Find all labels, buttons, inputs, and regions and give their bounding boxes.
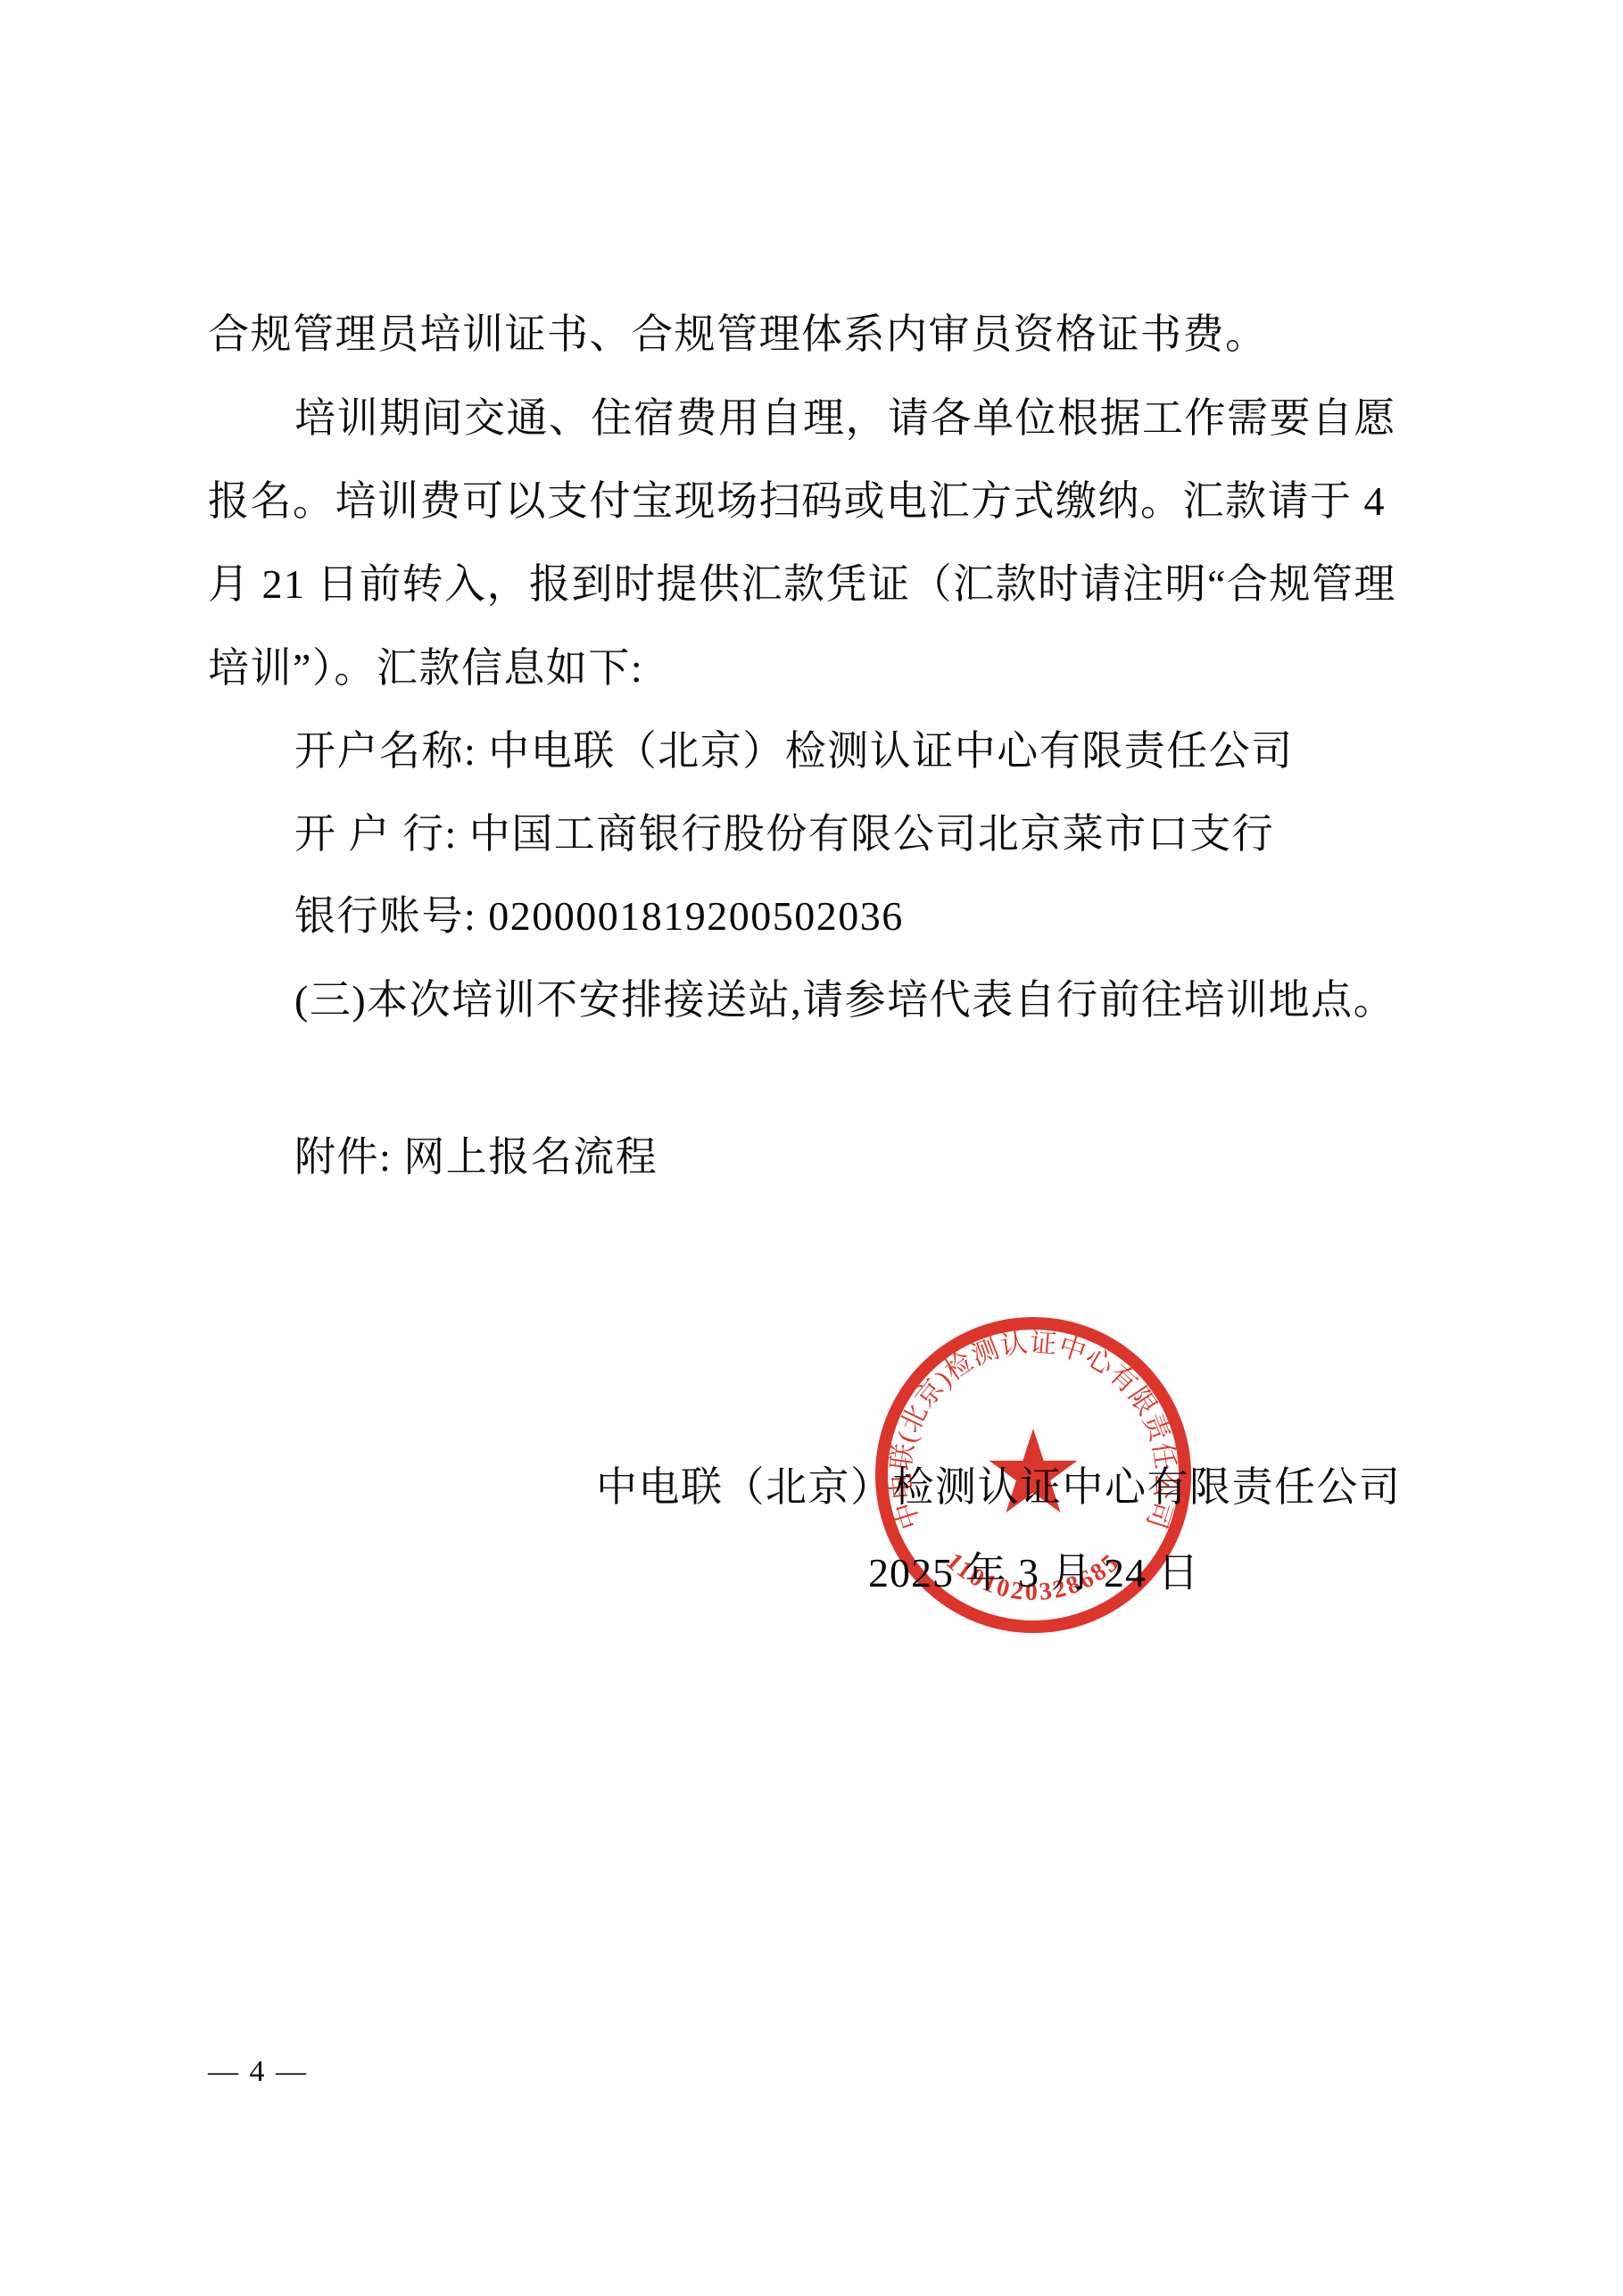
attachment-note: 附件: 网上报名流程 (294, 1133, 658, 1181)
signature-date: 2025 年 3 月 24 日 (868, 1540, 1198, 1599)
body-line-1: 合规管理员培训证书、合规管理体系内审员资格证书费。 (208, 311, 1268, 359)
body-line-4: 月 21 日前转入，报到时提供汇款凭证（汇款时请注明“合规管理 (208, 560, 1396, 609)
page-number: — 4 — (208, 2055, 308, 2089)
body-line-5: 培训”）。汇款信息如下: (208, 644, 643, 692)
bank-branch-line: 开 户 行: 中国工商银行股份有限公司北京菜市口支行 (294, 810, 1274, 858)
body-line-9: (三)本次培训不安排接送站,请参培代表自行前往培训地点。 (294, 976, 1395, 1024)
signature-company: 中电联（北京）检测认证中心有限责任公司 (596, 1455, 1402, 1513)
document-page: 合规管理员培训证书、合规管理体系内审员资格证书费。 培训期间交通、住宿费用自理，… (0, 0, 1623, 2296)
body-line-3: 报名。培训费可以支付宝现场扫码或电汇方式缴纳。汇款请于 4 (208, 477, 1386, 526)
body-line-2: 培训期间交通、住宿费用自理，请各单位根据工作需要自愿 (294, 394, 1396, 443)
bank-account-name-line: 开户名称: 中电联（北京）检测认证中心有限责任公司 (294, 727, 1294, 775)
bank-account-number-line: 银行账号: 0200001819200502036 (294, 892, 904, 941)
